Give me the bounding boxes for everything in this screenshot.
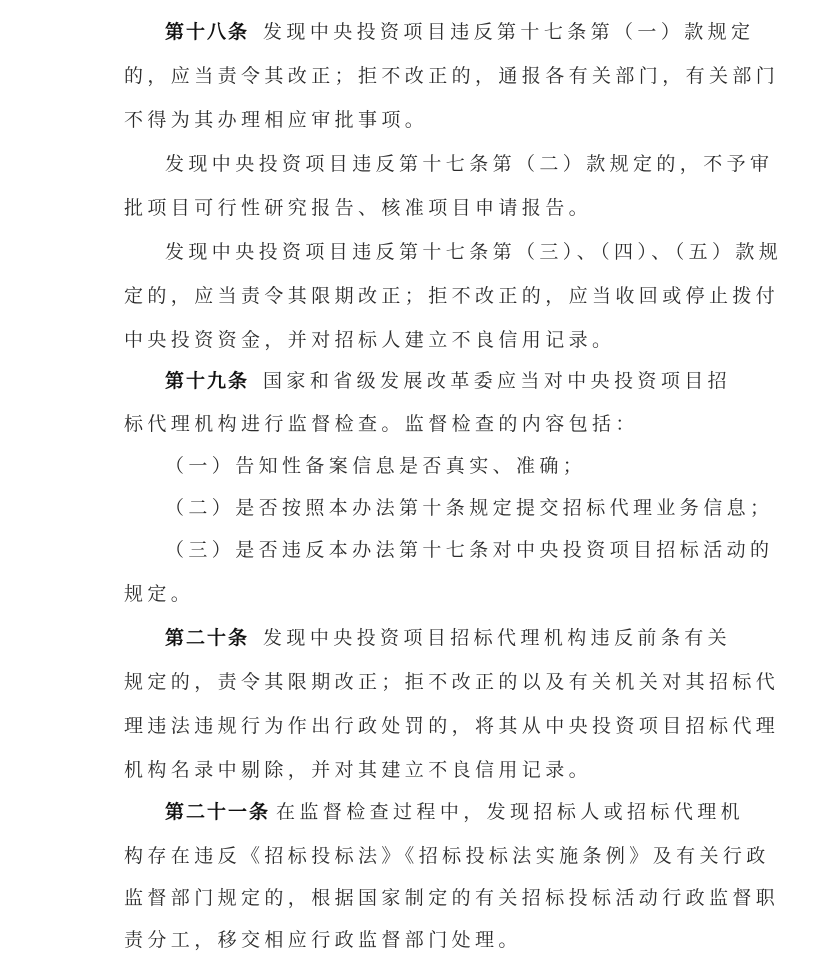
article-heading: 第十九条 bbox=[165, 370, 249, 392]
article-18-line-1: 第十八条发现中央投资项目违反第十七条第（一）款规定 bbox=[165, 19, 702, 45]
article-18-p3-line-2: 定的，应当责令其限期改正；拒不改正的，应当收回或停止拨付 bbox=[124, 283, 702, 309]
article-21-line-2: 构存在违反《招标投标法》《招标投标法实施条例》及有关行政 bbox=[124, 843, 702, 869]
article-18-line-3: 不得为其办理相应审批事项。 bbox=[124, 107, 702, 133]
article-19-item-1: （一）告知性备案信息是否真实、准确； bbox=[165, 453, 702, 479]
article-20-line-4: 机构名录中剔除，并对其建立不良信用记录。 bbox=[124, 757, 702, 783]
article-heading: 第二十条 bbox=[165, 627, 249, 649]
article-20-line-1: 第二十条发现中央投资项目招标代理机构违反前条有关 bbox=[165, 625, 702, 651]
article-21-line-1: 第二十一条在监督检查过程中，发现招标人或招标代理机 bbox=[165, 799, 702, 825]
article-21-line-3: 监督部门规定的，根据国家制定的有关招标投标活动行政监督职 bbox=[124, 885, 702, 911]
article-20-line-2: 规定的，责令其限期改正；拒不改正的以及有关机关对其招标代 bbox=[124, 669, 702, 695]
article-18-p3-line-1: 发现中央投资项目违反第十七条第（三）、（四）、（五）款规 bbox=[165, 239, 702, 265]
article-19-item-3-line-1: （三）是否违反本办法第十七条对中央投资项目招标活动的 bbox=[165, 537, 702, 563]
article-heading: 第二十一条 bbox=[165, 801, 270, 823]
article-heading: 第十八条 bbox=[165, 21, 249, 43]
article-18-line-2: 的，应当责令其改正；拒不改正的，通报各有关部门，有关部门 bbox=[124, 63, 702, 89]
article-19-line-2: 标代理机构进行监督检查。监督检查的内容包括： bbox=[124, 411, 702, 437]
article-19-item-2: （二）是否按照本办法第十条规定提交招标代理业务信息； bbox=[165, 495, 702, 521]
article-19-item-3-line-2: 规定。 bbox=[124, 581, 702, 607]
article-20-line-3: 理违法违规行为作出行政处罚的，将其从中央投资项目招标代理 bbox=[124, 713, 702, 739]
article-18-p3-line-3: 中央投资资金，并对招标人建立不良信用记录。 bbox=[124, 327, 702, 353]
document-page: 第十八条发现中央投资项目违反第十七条第（一）款规定 的，应当责令其改正；拒不改正… bbox=[0, 0, 827, 973]
article-18-p2-line-1: 发现中央投资项目违反第十七条第（二）款规定的，不予审 bbox=[165, 151, 702, 177]
article-18-p2-line-2: 批项目可行性研究报告、核准项目申请报告。 bbox=[124, 195, 702, 221]
article-21-line-4: 责分工，移交相应行政监督部门处理。 bbox=[124, 927, 702, 953]
article-19-line-1: 第十九条国家和省级发展改革委应当对中央投资项目招 bbox=[165, 368, 702, 394]
